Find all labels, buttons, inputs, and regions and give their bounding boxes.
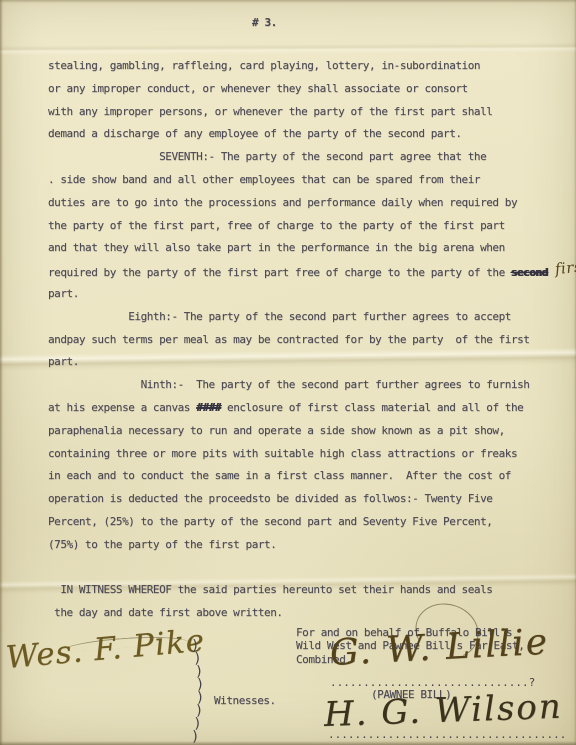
- handwritten-correction: first: [549, 255, 576, 282]
- paper-edge-left: [0, 0, 3, 745]
- document-line: stealing, gambling, raffleing, card play…: [48, 55, 572, 78]
- witnesses-label: Witnesses.: [214, 694, 276, 707]
- overstruck-text: ####: [196, 401, 221, 414]
- document-line: demand a discharge of any employee of th…: [48, 123, 572, 146]
- contract-scan-page: # 3. stealing, gambling, raffleing, card…: [0, 0, 576, 745]
- document-line: containing three or more pits with suita…: [48, 443, 572, 466]
- fold-crease-top: [0, 42, 576, 55]
- paper-edge-bottom: [0, 741, 576, 745]
- document-lines: stealing, gambling, raffleing, card play…: [48, 55, 572, 625]
- signature-wes-f-pike: Wes. F. Pike: [4, 623, 206, 676]
- signature-dotted-line-wilson: ....................................: [328, 728, 566, 741]
- document-line: duties are to go into the processions an…: [48, 192, 572, 215]
- document-line: SEVENTH:- The party of the second part a…: [48, 146, 572, 169]
- document-line: (75%) to the party of the first part.: [48, 534, 572, 557]
- text-segment: enclosure of first class material and al…: [221, 401, 523, 414]
- document-line: and that they will also take part in the…: [48, 237, 572, 260]
- document-line: Percent, (25%) to the party of the secon…: [48, 511, 572, 534]
- text-segment: required by the party of the first part …: [48, 266, 511, 279]
- document-line: with any improper persons, or whenever t…: [48, 101, 572, 124]
- document-line: at his expense a canvas #### enclosure o…: [48, 397, 572, 420]
- document-line: . side show band and all other employees…: [48, 169, 572, 192]
- witness-brace: )))))))): [191, 640, 199, 744]
- text-segment: at his expense a canvas: [48, 401, 196, 414]
- document-line: operation is deducted the proceedsto be …: [48, 488, 572, 511]
- document-line: in each and to conduct the same in a fir…: [48, 465, 572, 488]
- document-line: Eighth:- The party of the second part fu…: [48, 306, 572, 329]
- document-line: part.: [48, 283, 572, 306]
- document-line: andpay such terms per meal as may be con…: [48, 329, 572, 352]
- document-line: the party of the first part, free of cha…: [48, 215, 572, 238]
- document-line: paraphenalia necessary to run and operat…: [48, 420, 572, 443]
- document-line: [48, 557, 572, 580]
- paper-edge-top: [0, 0, 576, 3]
- page-number: # 3.: [252, 16, 277, 29]
- document-line: the day and date first above written.: [48, 602, 572, 625]
- document-line: required by the party of the first part …: [48, 260, 572, 283]
- document-line: or any improper conduct, or whenever the…: [48, 78, 572, 101]
- struck-word: second: [511, 266, 548, 279]
- document-line: Ninth:- The party of the second part fur…: [48, 374, 572, 397]
- document-line: IN WITNESS WHEREOF the said parties here…: [48, 579, 572, 602]
- brace-segment: ): [191, 731, 199, 744]
- document-line: part.: [48, 351, 572, 374]
